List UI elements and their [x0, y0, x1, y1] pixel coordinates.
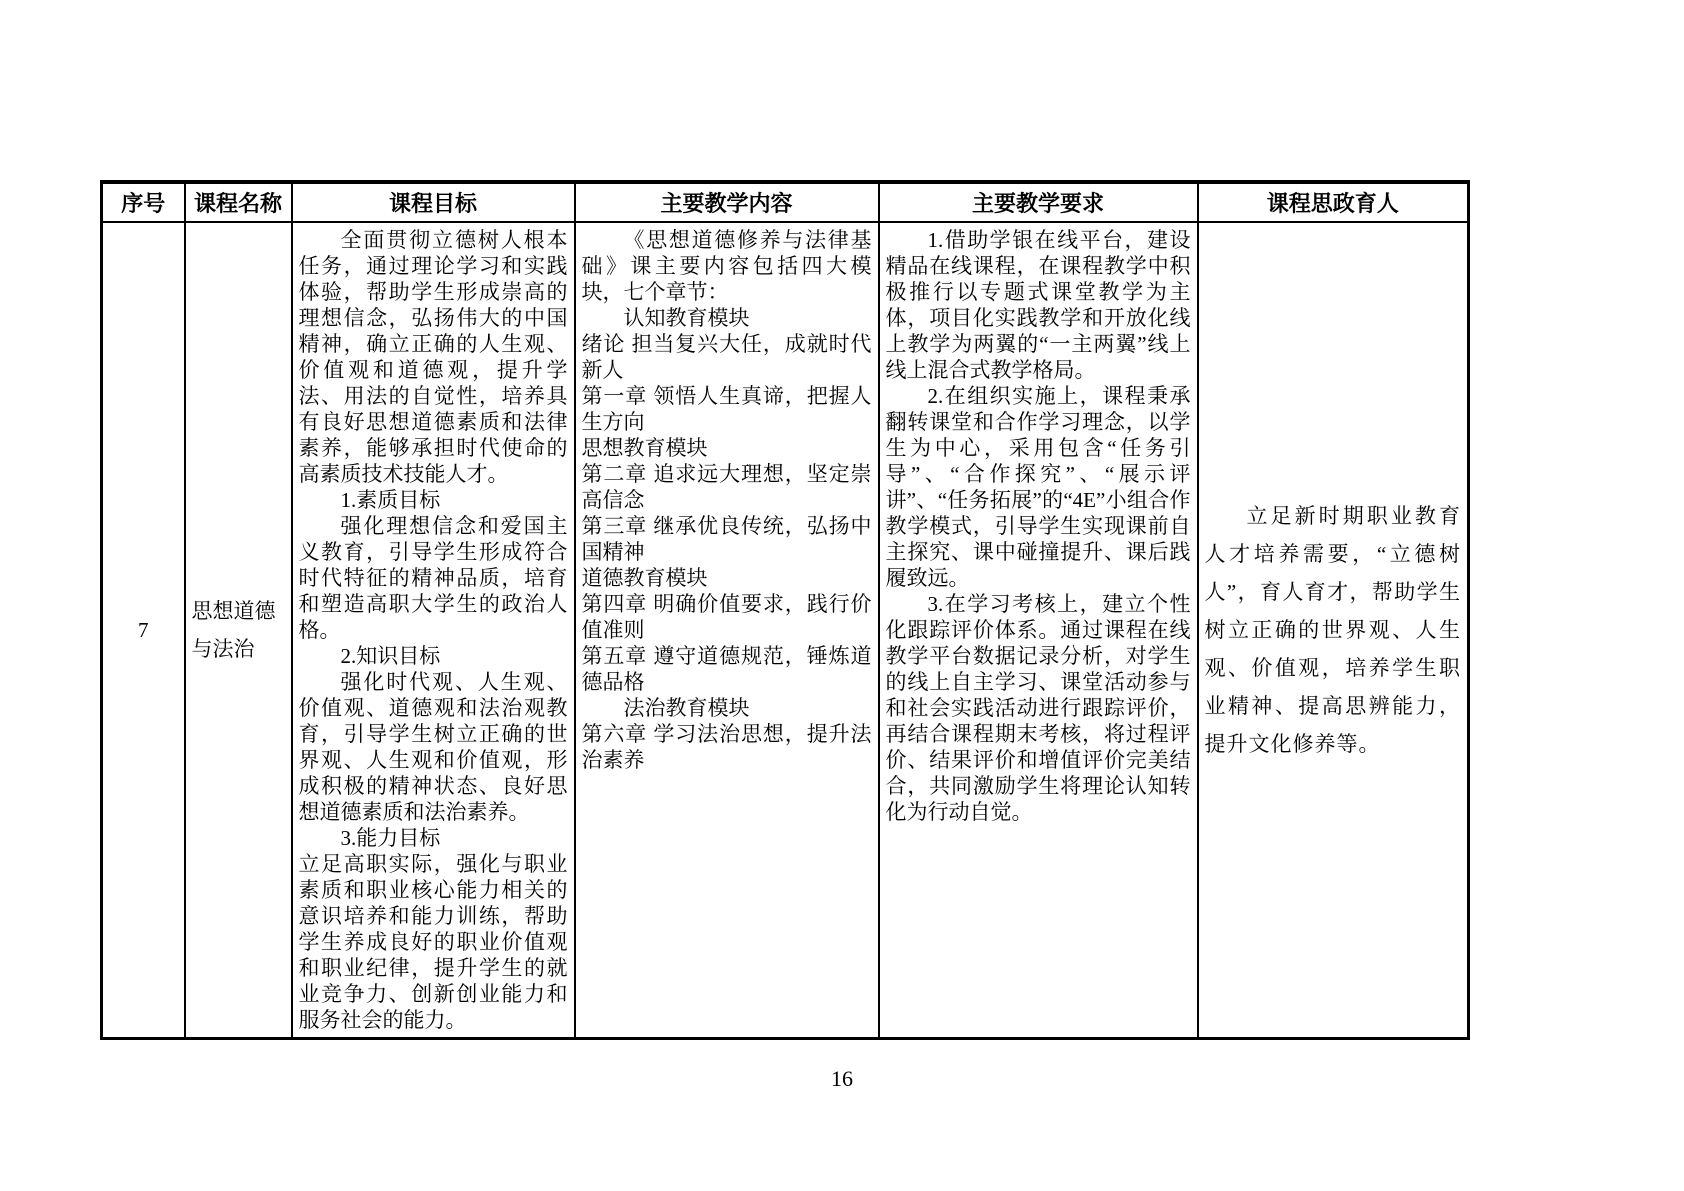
paragraph: 道德教育模块	[582, 565, 872, 591]
header-teaching-content: 主要教学内容	[575, 182, 879, 222]
paragraph: 1.借助学银在线平台，建设精品在线课程，在课程教学中积极推行以专题式课堂教学为主…	[886, 227, 1191, 383]
header-ideology-education: 课程思政育人	[1198, 182, 1469, 222]
paragraph: 3.在学习考核上，建立个性化跟踪评价体系。通过课程在线教学平台数据记录分析，对学…	[886, 591, 1191, 825]
paragraph: 法治教育模块	[582, 695, 872, 721]
cell-ideology-education: 立足新时期职业教育人才培养需要，“立德树人”，育人育才，帮助学生树立正确的世界观…	[1198, 222, 1469, 1039]
cell-course-name: 思想道德与法治	[185, 222, 292, 1039]
page-number: 16	[0, 1066, 1684, 1092]
paragraph: 1.素质目标	[299, 487, 568, 513]
cell-teaching-content: 《思想道德修养与法律基础》课主要内容包括四大模块，七个章节：认知教育模块绪论 担…	[575, 222, 879, 1039]
paragraph: 第六章 学习法治思想，提升法治素养	[582, 721, 872, 773]
paragraph: 3.能力目标	[299, 825, 568, 851]
paragraph: 2.在组织实施上，课程秉承翻转课堂和合作学习理念，以学生为中心，采用包含“任务引…	[886, 383, 1191, 591]
cell-teaching-requirements: 1.借助学银在线平台，建设精品在线课程，在课程教学中积极推行以专题式课堂教学为主…	[879, 222, 1198, 1039]
header-seq-no: 序号	[102, 182, 185, 222]
paragraph: 第五章 遵守道德规范，锤炼道德品格	[582, 643, 872, 695]
paragraph: 立足高职实际，强化与职业素质和职业核心能力相关的意识培养和能力训练，帮助学生养成…	[299, 851, 568, 1033]
header-course-objectives: 课程目标	[292, 182, 575, 222]
paragraph: 《思想道德修养与法律基础》课主要内容包括四大模块，七个章节：	[582, 227, 872, 305]
paragraph: 全面贯彻立德树人根本任务，通过理论学习和实践体验，帮助学生形成崇高的理想信念，弘…	[299, 227, 568, 487]
header-course-name: 课程名称	[185, 182, 292, 222]
course-table-wrapper: 序号 课程名称 课程目标 主要教学内容 主要教学要求 课程思政育人 7 思想道德…	[100, 180, 1467, 1040]
document-page: 序号 课程名称 课程目标 主要教学内容 主要教学要求 课程思政育人 7 思想道德…	[0, 0, 1684, 1191]
paragraph: 绪论 担当复兴大任，成就时代新人	[582, 331, 872, 383]
paragraph: 强化时代观、人生观、价值观、道德观和法治观教育，引导学生树立正确的世界观、人生观…	[299, 669, 568, 825]
table-header-row: 序号 课程名称 课程目标 主要教学内容 主要教学要求 课程思政育人	[102, 182, 1469, 222]
paragraph: 立足新时期职业教育人才培养需要，“立德树人”，育人育才，帮助学生树立正确的世界观…	[1205, 497, 1462, 763]
paragraph: 认知教育模块	[582, 305, 872, 331]
paragraph: 第二章 追求远大理想，坚定崇高信念	[582, 461, 872, 513]
paragraph: 第一章 领悟人生真谛，把握人生方向	[582, 383, 872, 435]
paragraph: 思想教育模块	[582, 435, 872, 461]
course-table: 序号 课程名称 课程目标 主要教学内容 主要教学要求 课程思政育人 7 思想道德…	[100, 180, 1470, 1040]
paragraph: 强化理想信念和爱国主义教育，引导学生形成符合时代特征的精神品质，培育和塑造高职大…	[299, 513, 568, 643]
header-teaching-requirements: 主要教学要求	[879, 182, 1198, 222]
cell-seq-no: 7	[102, 222, 185, 1039]
table-row: 7 思想道德与法治 全面贯彻立德树人根本任务，通过理论学习和实践体验，帮助学生形…	[102, 222, 1469, 1039]
paragraph: 2.知识目标	[299, 643, 568, 669]
cell-course-objectives: 全面贯彻立德树人根本任务，通过理论学习和实践体验，帮助学生形成崇高的理想信念，弘…	[292, 222, 575, 1039]
paragraph: 第三章 继承优良传统，弘扬中国精神	[582, 513, 872, 565]
paragraph: 第四章 明确价值要求，践行价值准则	[582, 591, 872, 643]
